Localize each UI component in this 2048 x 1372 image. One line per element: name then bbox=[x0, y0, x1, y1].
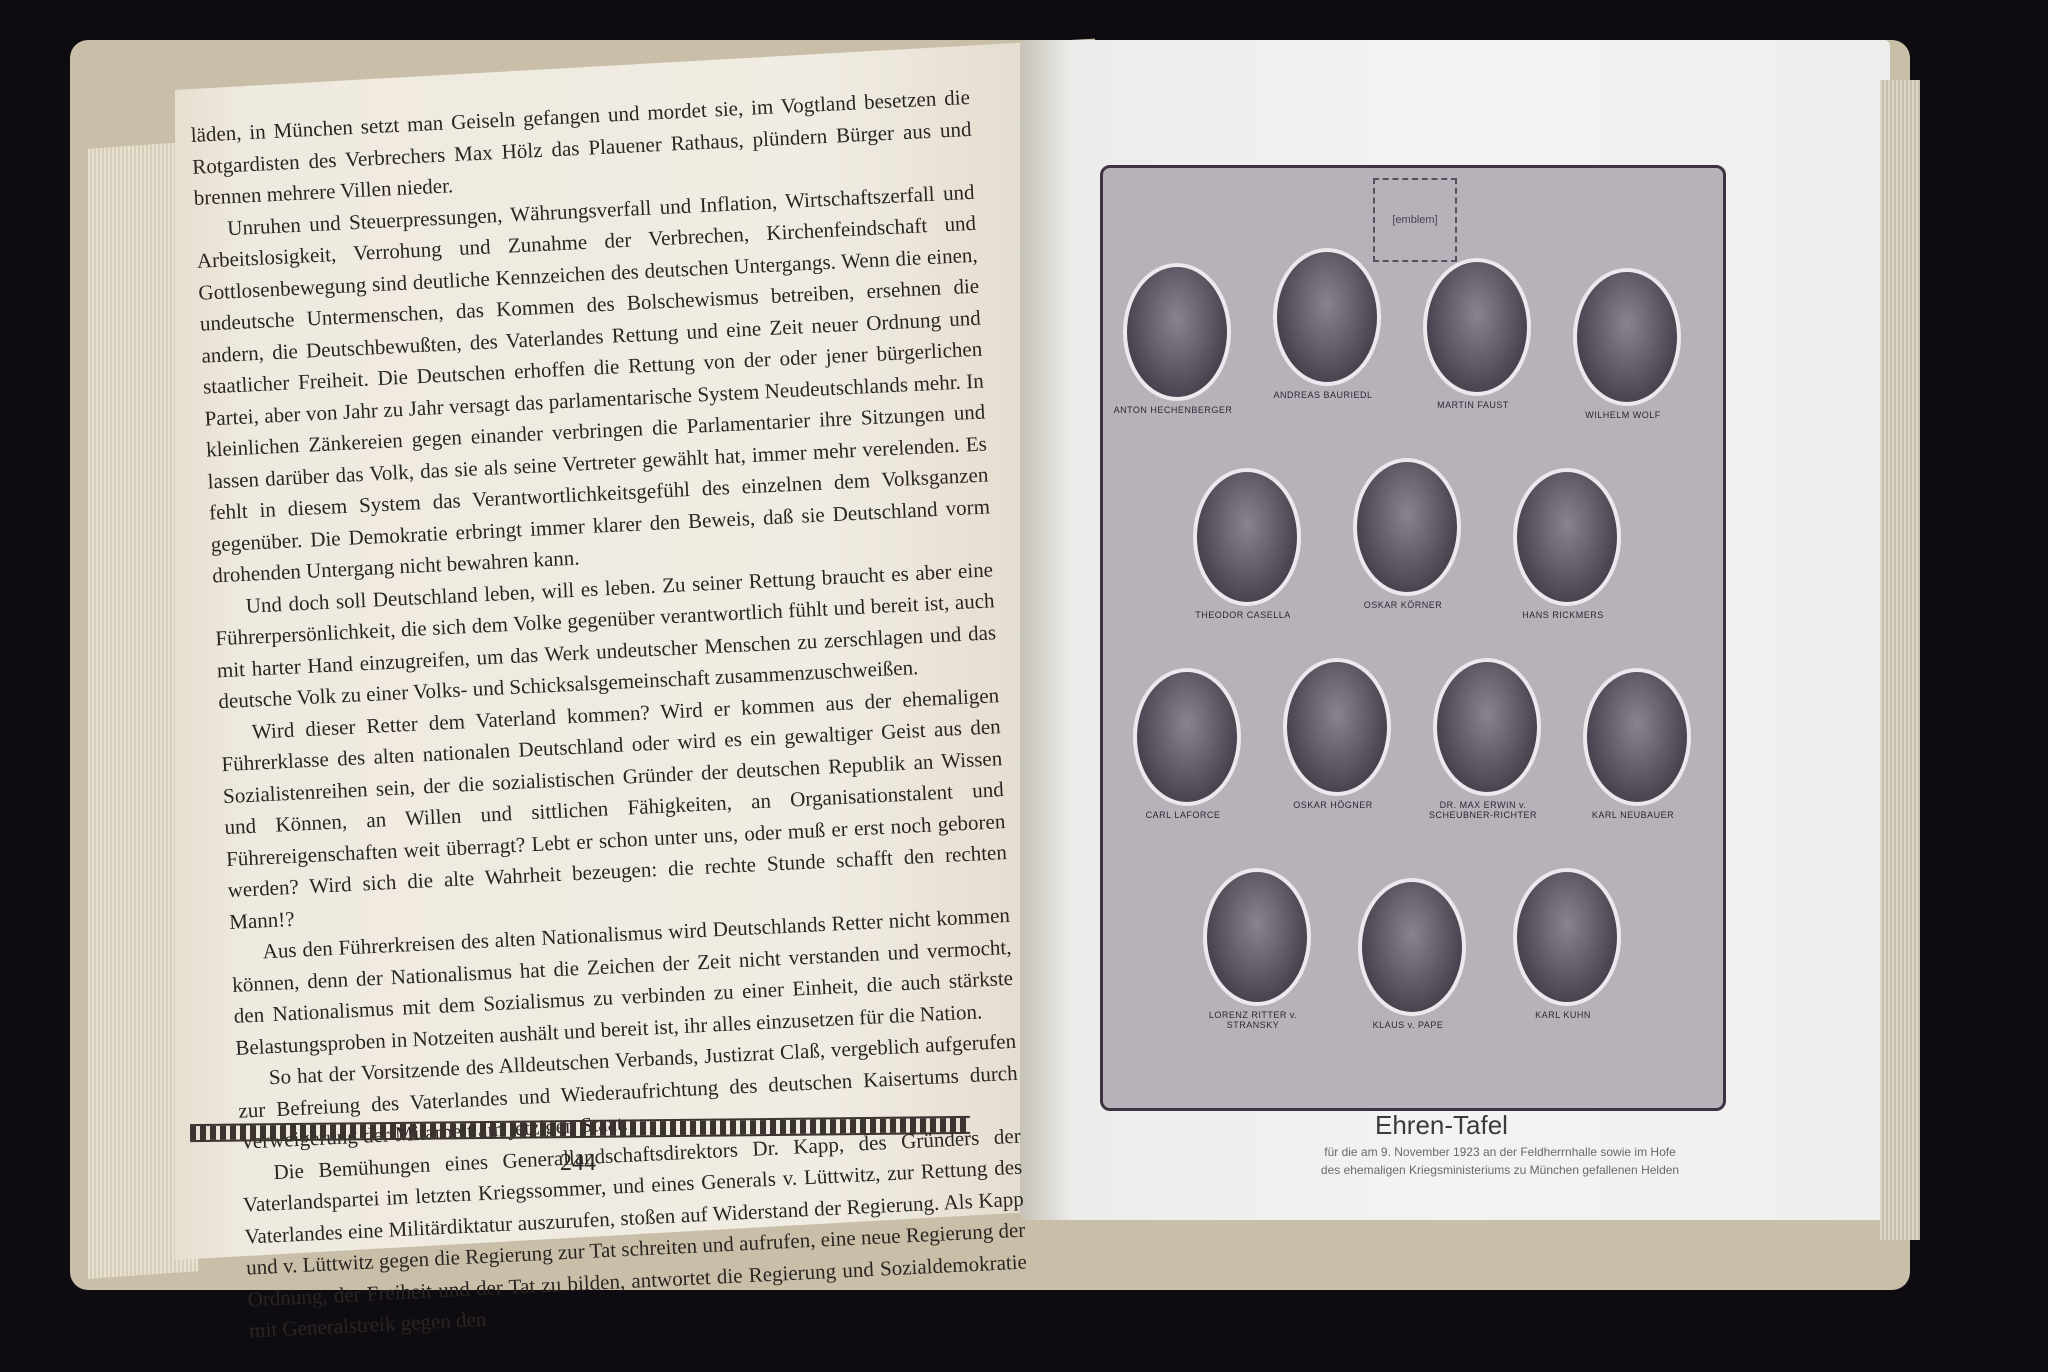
portrait-caption: MARTIN FAUST bbox=[1408, 400, 1538, 410]
portrait-photo bbox=[1573, 268, 1681, 406]
paragraph: Unruhen und Steuerpressungen, Währungsve… bbox=[195, 176, 993, 592]
plate-subtitle-line: für die am 9. November 1923 an der Feldh… bbox=[1270, 1143, 1730, 1161]
portrait-photo bbox=[1123, 263, 1231, 401]
page-number: 244 bbox=[560, 1150, 596, 1177]
portrait-caption: ANDREAS BAURIEDL bbox=[1258, 390, 1388, 400]
portrait-caption: DR. MAX ERWIN v. SCHEUBNER-RICHTER bbox=[1418, 800, 1548, 820]
portrait-caption: ANTON HECHENBERGER bbox=[1108, 405, 1238, 415]
emblem-placeholder-icon: [emblem] bbox=[1373, 178, 1457, 262]
left-page-text: läden, in München setzt man Geiseln gefa… bbox=[190, 82, 1029, 1347]
portrait-caption: CARL LAFORCE bbox=[1118, 810, 1248, 820]
portrait-photo bbox=[1193, 468, 1301, 606]
portrait-photo bbox=[1513, 868, 1621, 1006]
portrait-photo bbox=[1358, 878, 1466, 1016]
portrait-caption: OSKAR HÖGNER bbox=[1268, 800, 1398, 810]
portrait-caption: KARL KUHN bbox=[1498, 1010, 1628, 1020]
portrait-caption: WILHELM WOLF bbox=[1558, 410, 1688, 420]
portrait-photo bbox=[1353, 458, 1461, 596]
plate-subtitle-line: des ehemaligen Kriegsministeriums zu Mün… bbox=[1270, 1161, 1730, 1179]
portrait-photo bbox=[1283, 658, 1391, 796]
portrait-caption: THEODOR CASELLA bbox=[1178, 610, 1308, 620]
portrait-caption: HANS RICKMERS bbox=[1498, 610, 1628, 620]
page-edges-right bbox=[1880, 80, 1920, 1240]
paragraph: Die Bemühungen eines Generallandschaftsd… bbox=[241, 1120, 1029, 1347]
portrait-photo bbox=[1203, 868, 1311, 1006]
portrait-caption: LORENZ RITTER v. STRANSKY bbox=[1188, 1010, 1318, 1030]
portrait-photo bbox=[1583, 668, 1691, 806]
portrait-caption: OSKAR KÖRNER bbox=[1338, 600, 1468, 610]
portrait-photo bbox=[1273, 248, 1381, 386]
portrait-photo bbox=[1133, 668, 1241, 806]
portrait-photo bbox=[1433, 658, 1541, 796]
portrait-photo bbox=[1513, 468, 1621, 606]
plate-subtitle: für die am 9. November 1923 an der Feldh… bbox=[1270, 1143, 1730, 1179]
portrait-caption: KARL NEUBAUER bbox=[1568, 810, 1698, 820]
paragraph: Wird dieser Retter dem Vaterland kommen?… bbox=[219, 680, 1009, 938]
plate-title: Ehren-Tafel bbox=[1375, 1110, 1508, 1141]
portrait-caption: KLAUS v. PAPE bbox=[1343, 1020, 1473, 1030]
portrait-plate: [emblem] ANTON HECHENBERGERANDREAS BAURI… bbox=[1100, 165, 1726, 1111]
portrait-photo bbox=[1423, 258, 1531, 396]
